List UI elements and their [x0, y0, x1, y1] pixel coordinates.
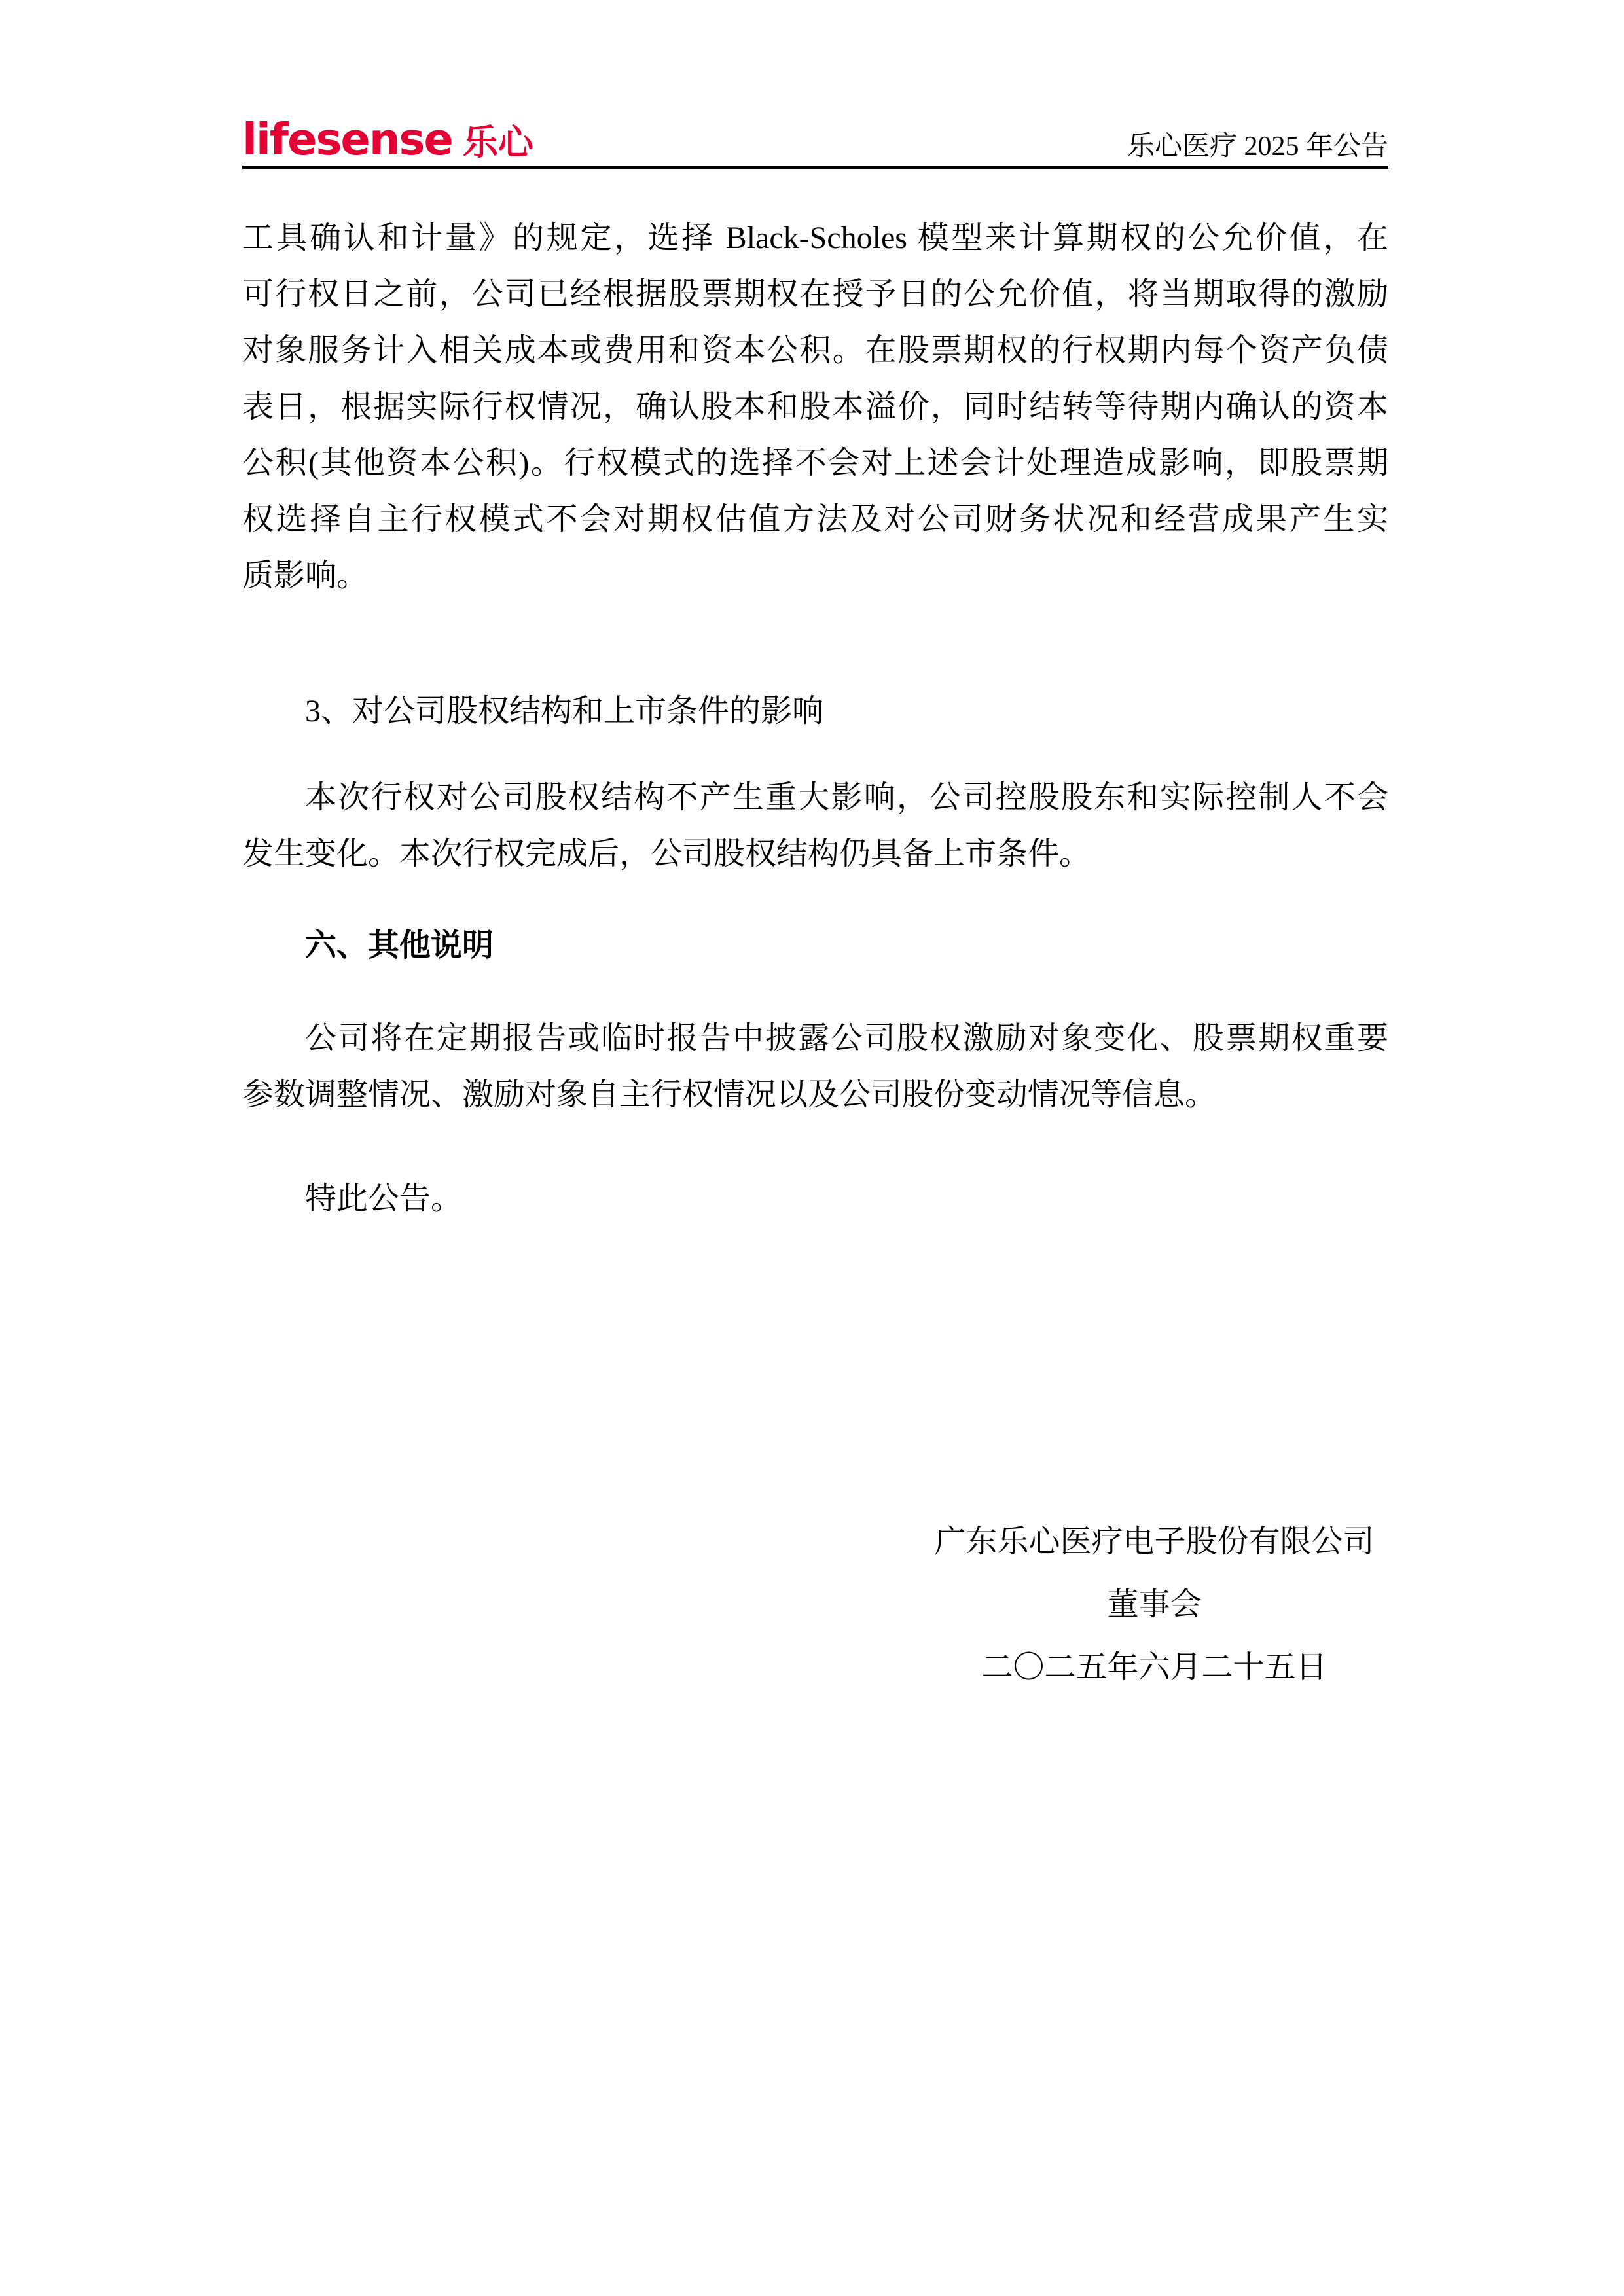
body-line: 本次行权对公司股权结构不产生重大影响，公司控股股东和实际控制人不会 [242, 770, 1388, 826]
signature-board: 董事会 [920, 1573, 1388, 1636]
paragraph-other-notes: 公司将在定期报告或临时报告中披露公司股权激励对象变化、股票期权重要 参数调整情况… [242, 1011, 1388, 1123]
document-body: 工具确认和计量》的规定，选择 Black-Scholes 模型来计算期权的公允价… [242, 210, 1388, 1699]
body-line: 发生变化。本次行权完成后，公司股权结构仍具备上市条件。 [242, 826, 1388, 882]
body-line: 可行权日之前，公司已经根据股票期权在授予日的公允价值，将当期取得的激励 [242, 266, 1388, 323]
paragraph-equity-structure: 本次行权对公司股权结构不产生重大影响，公司控股股东和实际控制人不会 发生变化。本… [242, 770, 1388, 882]
body-line: 权选择自主行权模式不会对期权估值方法及对公司财务状况和经营成果产生实 [242, 492, 1388, 548]
logo-cjk-text: 乐心 [463, 122, 533, 163]
page-header: lifesense乐心 乐心医疗 2025 年公告 [242, 0, 1388, 169]
body-line: 公司将在定期报告或临时报告中披露公司股权激励对象变化、股票期权重要 [242, 1011, 1388, 1067]
body-line: 质影响。 [242, 548, 1388, 604]
body-line: 公积(其他资本公积)。行权模式的选择不会对上述会计处理造成影响，即股票期 [242, 435, 1388, 492]
closing-statement: 特此公告。 [242, 1171, 1388, 1227]
signature-block: 广东乐心医疗电子股份有限公司 董事会 二〇二五年六月二十五日 [920, 1511, 1388, 1699]
paragraph-accounting-treatment: 工具确认和计量》的规定，选择 Black-Scholes 模型来计算期权的公允价… [242, 210, 1388, 604]
signature-company: 广东乐心医疗电子股份有限公司 [920, 1511, 1388, 1573]
announcement-page: lifesense乐心 乐心医疗 2025 年公告 工具确认和计量》的规定，选择… [0, 0, 1624, 2296]
body-line: 表日，根据实际行权情况，确认股本和股本溢价，同时结转等待期内确认的资本 [242, 379, 1388, 435]
body-line: 对象服务计入相关成本或费用和资本公积。在股票期权的行权期内每个资产负债 [242, 323, 1388, 379]
logo-latin-text: lifesense [242, 114, 452, 165]
body-line: 参数调整情况、激励对象自主行权情况以及公司股份变动情况等信息。 [242, 1067, 1388, 1123]
subsection-heading-3: 3、对公司股权结构和上市条件的影响 [242, 683, 1388, 740]
header-doc-label: 乐心医疗 2025 年公告 [1127, 133, 1388, 162]
section-heading-6: 六、其他说明 [242, 918, 1388, 974]
lifesense-logo: lifesense乐心 [242, 118, 533, 162]
signature-date: 二〇二五年六月二十五日 [920, 1636, 1388, 1699]
body-line: 工具确认和计量》的规定，选择 Black-Scholes 模型来计算期权的公允价… [242, 210, 1388, 266]
